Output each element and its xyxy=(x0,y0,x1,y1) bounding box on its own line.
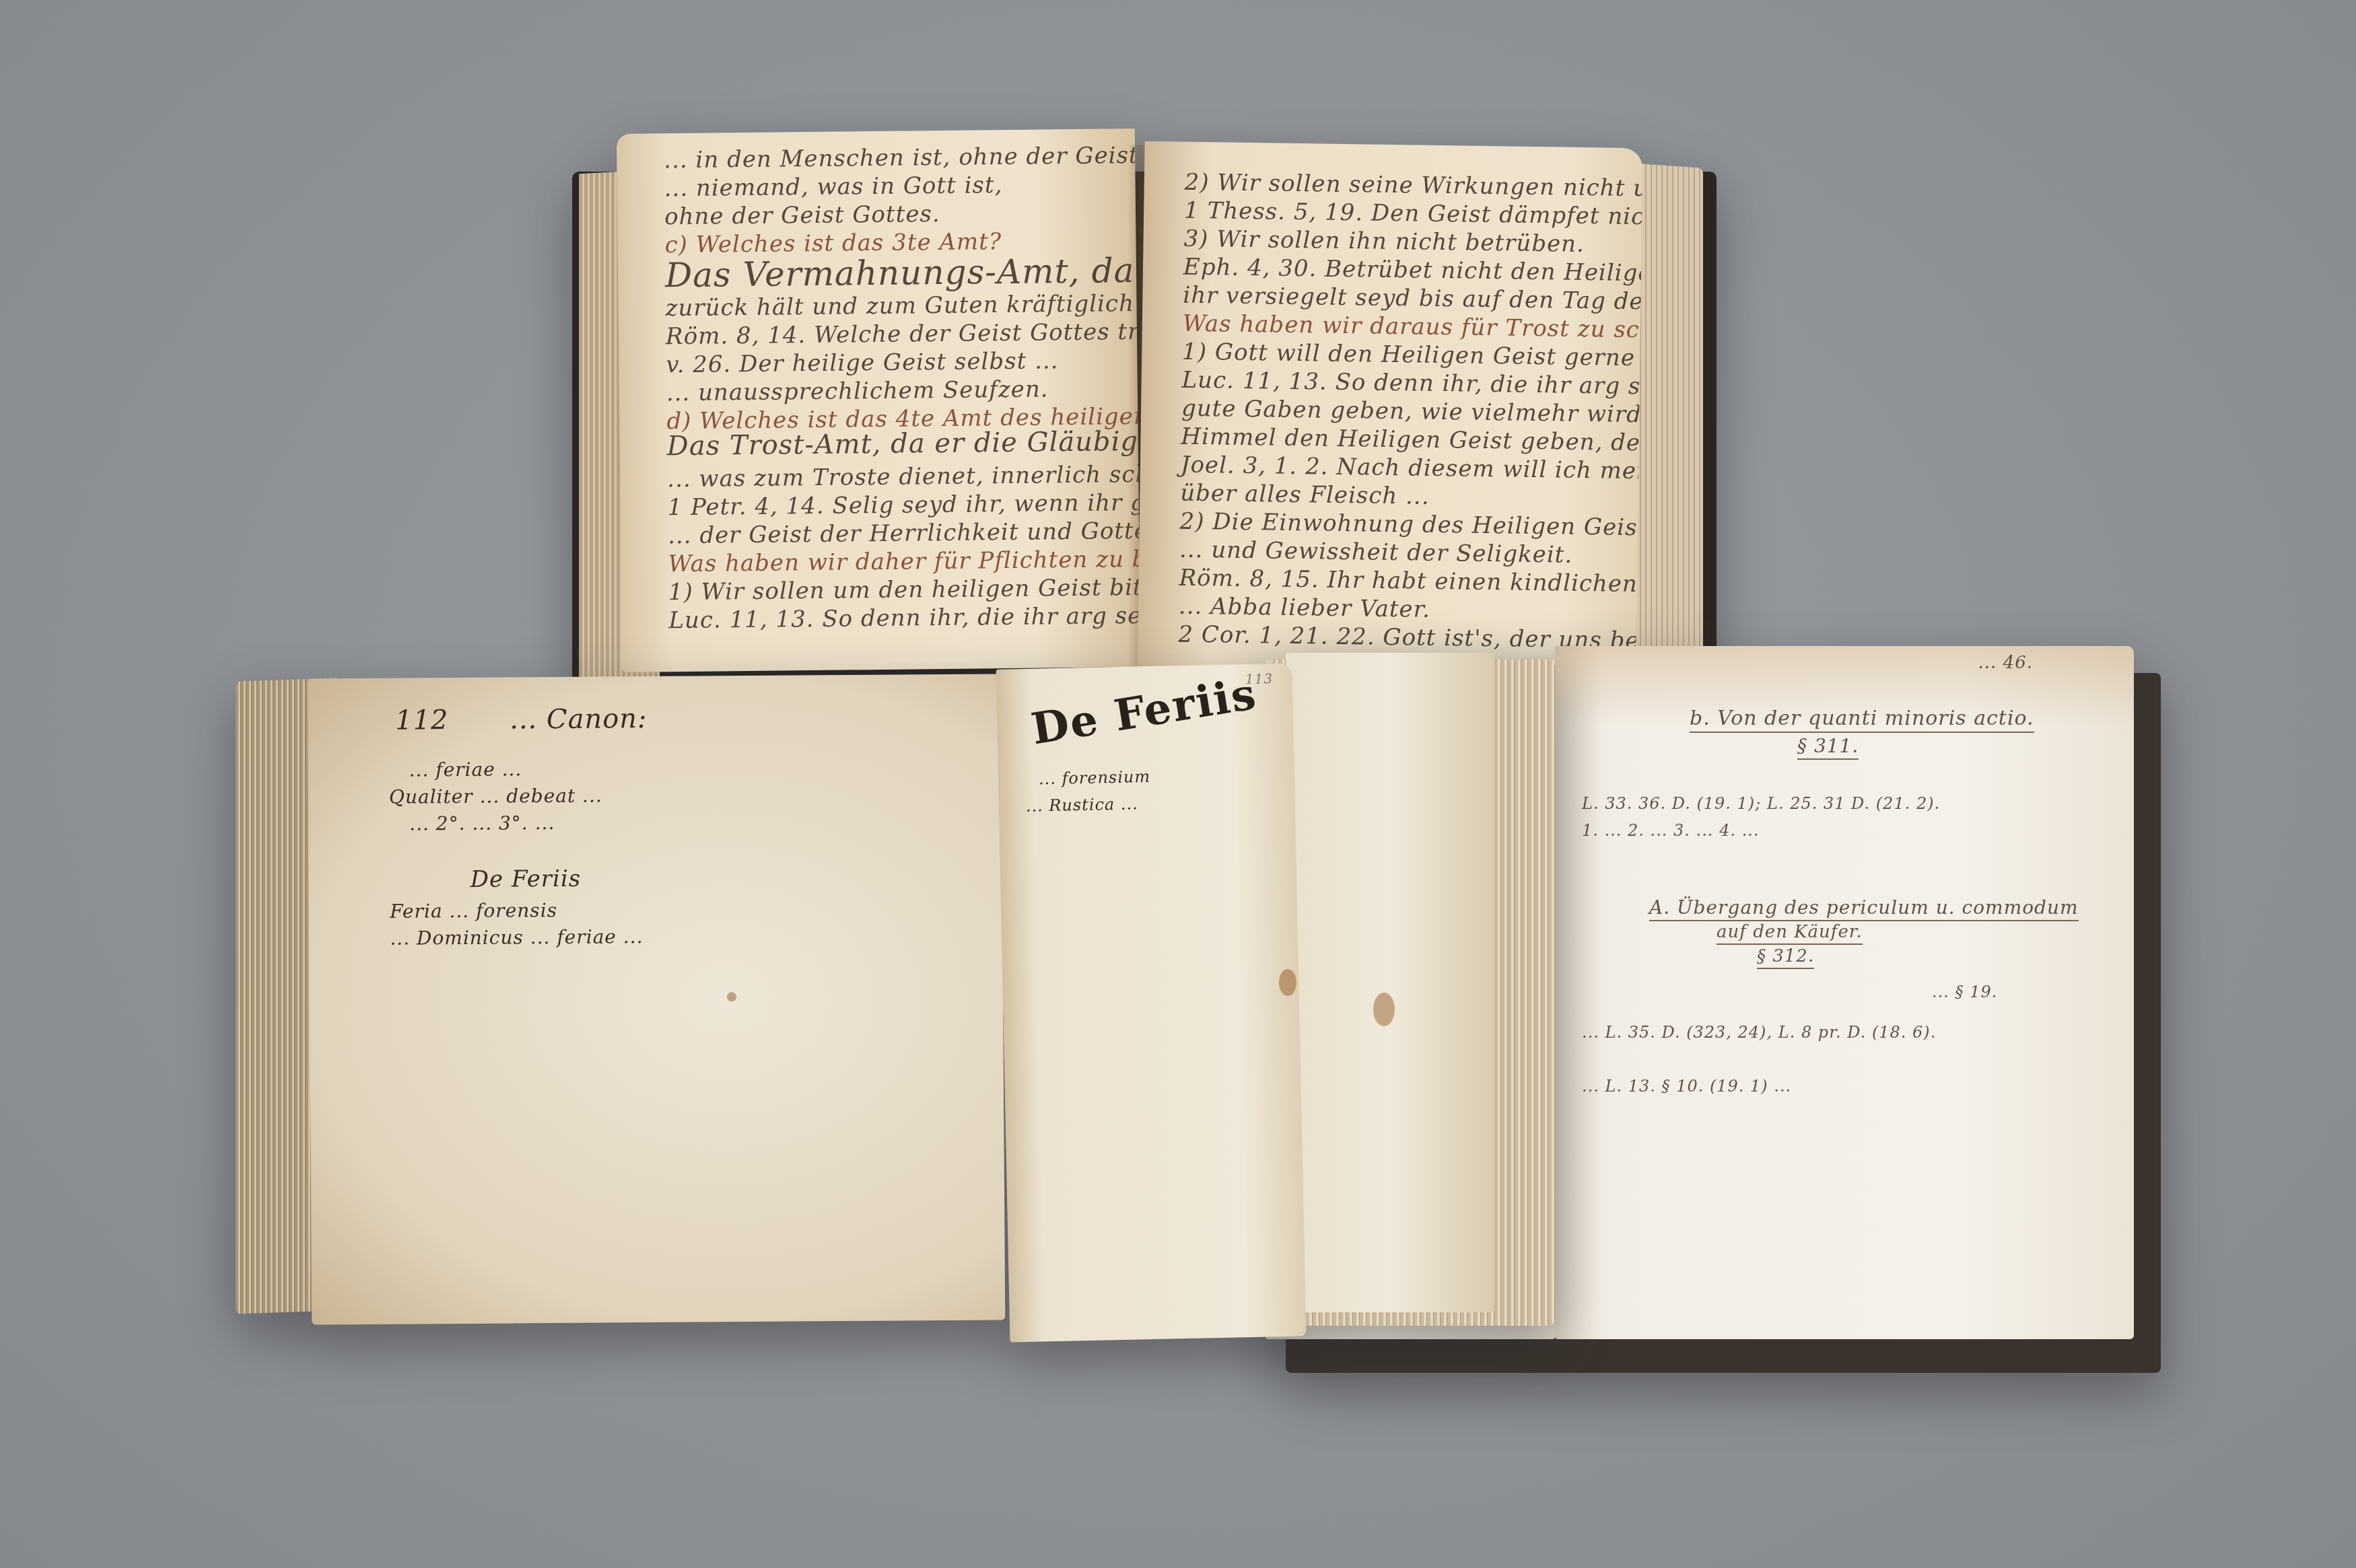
manuscript-line: ... 2°. ... 3°. ... xyxy=(409,812,555,835)
manuscript-line: über alles Fleisch ... xyxy=(1180,480,1430,510)
foxing-stain xyxy=(1279,969,1296,996)
manuscript-line: ... Dominicus ... feriae ... xyxy=(390,925,643,950)
page-number: 112 xyxy=(395,705,449,736)
manuscript-line: ... feriae ... xyxy=(409,758,522,781)
top-book: ... in den Menschen ist, ohne der Geist … xyxy=(532,131,1743,710)
manuscript-line: 1) Wir sollen um den heiligen Geist bitt… xyxy=(668,573,1140,606)
de-feriis-title: De Feriis xyxy=(1028,669,1260,755)
lower-left-book: 112 ... Canon: ... feriae ... Qualiter .… xyxy=(236,646,1313,1359)
citation-line: ... L. 13. § 10. (19. 1) ... xyxy=(1582,1077,1791,1096)
foxing-stain xyxy=(1373,993,1395,1026)
manuscript-line: ... unaussprechlichem Seufzen. xyxy=(666,376,1049,406)
manuscript-line: ... in den Menschen ist, ohne der Geist … xyxy=(664,140,1140,174)
manuscript-line: 3) Wir sollen ihn nicht betrüben. xyxy=(1183,225,1585,258)
manuscript-line: 1. ... 2. ... 3. ... 4. ... xyxy=(1582,821,1760,840)
page-number: 113 xyxy=(1245,670,1274,687)
top-book-right-page: 2) Wir sollen seine Wirkungen nicht unte… xyxy=(1137,141,1642,686)
scripture-reference: Luc. 11, 13. So denn ihr, die ihr arg se… xyxy=(668,602,1140,634)
question-line: Was haben wir daher für Pflichten zu beo… xyxy=(668,544,1140,578)
section-a-title: A. Übergang des periculum u. commodum xyxy=(1649,896,2079,921)
manuscript-line: Qualiter ... debeat ... xyxy=(389,785,602,808)
section-heading: De Feriis xyxy=(471,865,582,893)
manuscript-line: ... Rustica ... xyxy=(1026,794,1139,815)
manuscript-line: ... niemand, was in Gott ist, xyxy=(664,172,1002,202)
manuscript-line: ... der Geist der Herrlichkeit und Gotte… xyxy=(668,517,1140,549)
citation-line: L. 33. 36. D. (19. 1); L. 25. 31 D. (21.… xyxy=(1582,794,1940,813)
lower-right-book-right-page: ... 46. b. Von der quanti minoris actio.… xyxy=(1555,646,2134,1339)
manuscript-line: ... und Gewissheit der Seligkeit. xyxy=(1179,536,1573,569)
citation-line: ... § 19. xyxy=(1932,983,1997,1001)
section-a-paragraph: § 312. xyxy=(1757,946,1814,969)
running-head: ... Canon: xyxy=(510,703,648,735)
top-book-left-page: ... in den Menschen ist, ohne der Geist … xyxy=(617,129,1140,672)
section-b-paragraph: § 311. xyxy=(1797,735,1859,760)
section-a-subtitle: auf den Käufer. xyxy=(1717,922,1863,945)
page-header: ... 46. xyxy=(1978,653,2033,673)
manuscript-line: ... was zum Troste dienet, innerlich sch… xyxy=(667,459,1140,493)
manuscript-line: ... forensium xyxy=(1039,767,1151,788)
scripture-reference: v. 26. Der heilige Geist selbst ... xyxy=(666,347,1058,378)
manuscript-line: ohne der Geist Gottes. xyxy=(664,201,940,230)
manuscript-line: ... Abba lieber Vater. xyxy=(1179,593,1431,623)
lower-left-book-left-page: 112 ... Canon: ... feriae ... Qualiter .… xyxy=(308,674,1006,1324)
scripture-reference: Röm. 8, 14. Welche der Geist Gottes trei… xyxy=(666,317,1140,350)
manuscript-line: zurück hält und zum Guten kräftiglich an… xyxy=(665,289,1140,322)
de-feriis-leaf: De Feriis 113 ... forensium ... Rustica … xyxy=(996,664,1307,1343)
ink-stain xyxy=(727,992,736,1001)
section-b-title: b. Von der quanti minoris actio. xyxy=(1690,707,2034,733)
citation-line: ... L. 35. D. (323, 24), L. 8 pr. D. (18… xyxy=(1582,1023,1936,1042)
lower-left-book-blank-leaves xyxy=(1286,653,1494,1312)
manuscript-line: Feria ... forensis xyxy=(390,899,557,923)
